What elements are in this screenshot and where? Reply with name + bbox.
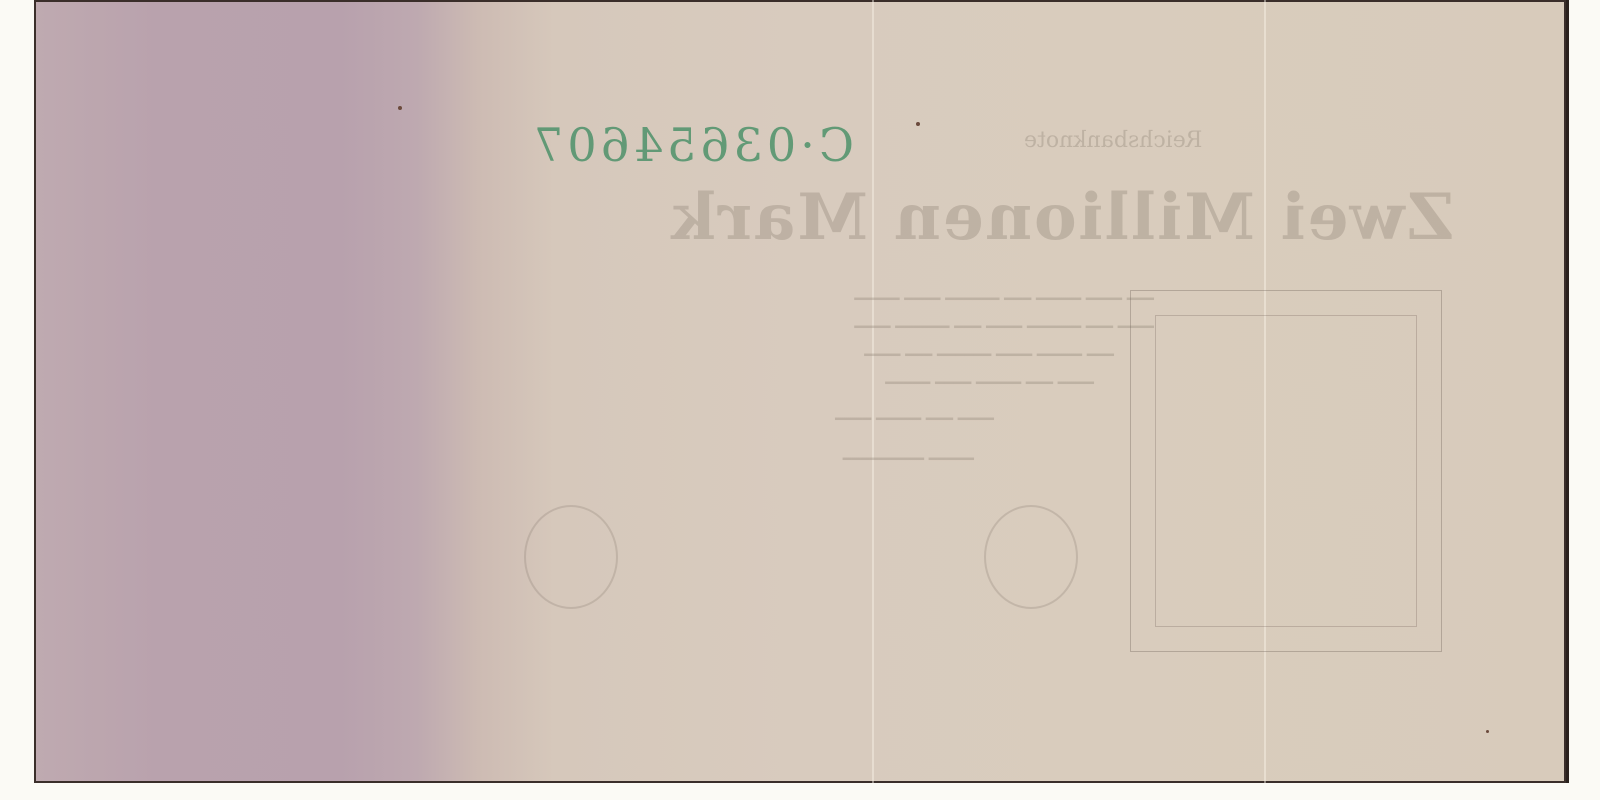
text-line-show-through: ━━━━ ━━━ ━━━━━ ━━━━ ━━━━━ <box>574 374 1094 392</box>
seal-show-through <box>984 505 1078 609</box>
portrait-frame-inner <box>1155 315 1417 627</box>
seal-show-through <box>524 505 618 609</box>
text-line-show-through: ━━━━ ━━━ ━━━━━ ━━━━ <box>634 410 994 428</box>
text-line-show-through: ━━━ ━━━━ ━━━━━ ━━━ ━━━━━━ ━━━━ ━━━━━ <box>434 290 1154 308</box>
banknote-reverse: C·03654607 Reichsbanknote Zwei Millionen… <box>34 0 1569 783</box>
paper-spot <box>916 122 920 126</box>
paper-spot <box>398 106 402 110</box>
title-show-through: Zwei Millionen Mark <box>474 180 1454 255</box>
portrait-frame-show-through <box>1130 290 1442 652</box>
paper-spot <box>1486 730 1489 733</box>
serial-number-show-through: C·03654607 <box>474 118 854 172</box>
heading-show-through: Reichsbanknote <box>1024 128 1202 153</box>
text-line-show-through: ━━━━ ━━━ ━━━━━━ ━━━━ ━━━ ━━━━━━ ━━━━ <box>434 318 1154 336</box>
text-line-show-through: ━━━━━ ━━━━━━━━━ <box>654 450 974 468</box>
text-line-show-through: ━━━ ━━━━━ ━━━━ ━━━━━━ ━━━ ━━━━ <box>554 346 1114 364</box>
